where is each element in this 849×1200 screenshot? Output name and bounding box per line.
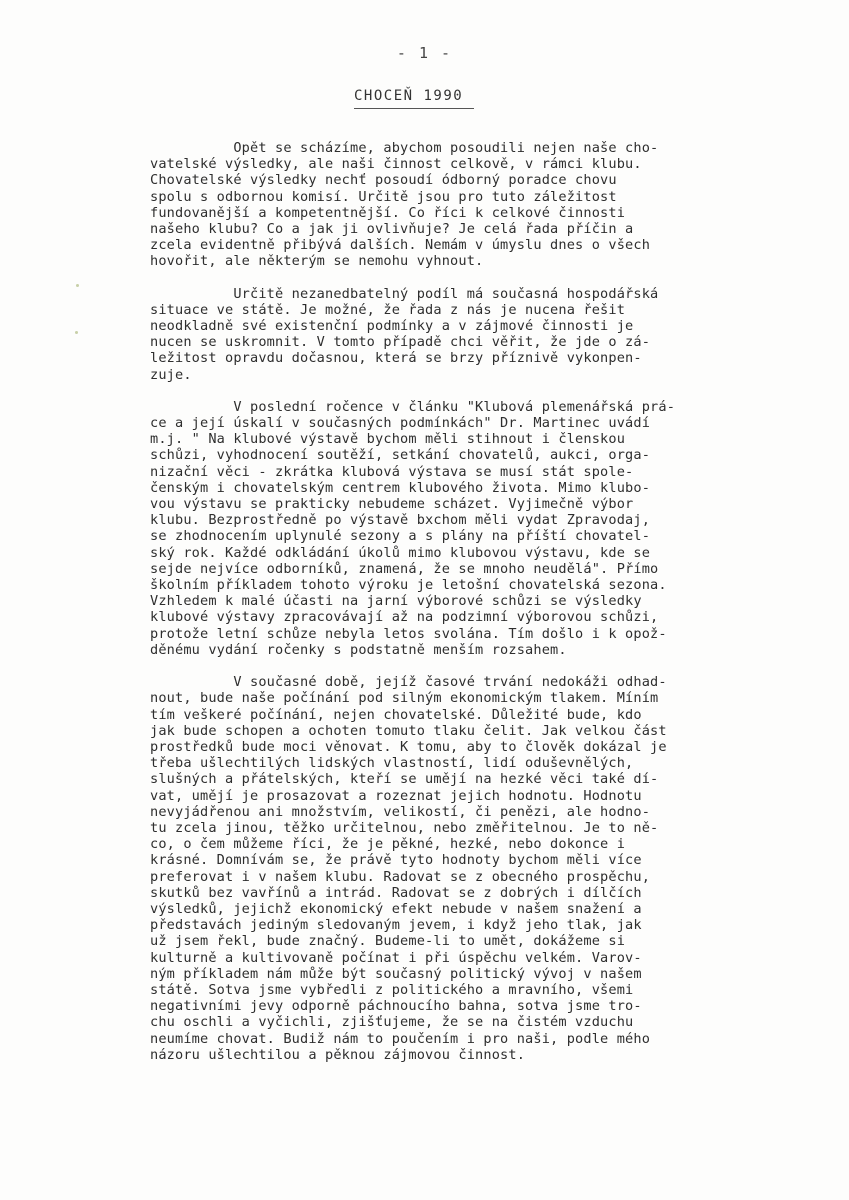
text-line: čenským i chovatelským centrem klubového… xyxy=(150,480,800,496)
text-line: prostředků bude moci věnovat. K tomu, ab… xyxy=(150,739,800,755)
text-line: nucen se uskromnit. V tomto případě chci… xyxy=(150,334,800,350)
text-line: spolu s odbornou komisí. Určitě jsou pro… xyxy=(150,189,800,205)
text-line: negativními jevy odporně páchnoucího bah… xyxy=(150,998,800,1014)
text-line: zuje. xyxy=(150,367,800,383)
text-line: skutků bez vavřínů a intrád. Radovat se … xyxy=(150,885,800,901)
text-line: nevyjádřenou ani množstvím, velikostí, č… xyxy=(150,804,800,820)
paragraph-2: Určitě nezanedbatelný podíl má současná … xyxy=(150,286,800,383)
text-line: jak bude schopen a ochoten tomuto tlaku … xyxy=(150,723,800,739)
text-line: se zhodnocením uplynulé sezony a s plány… xyxy=(150,528,800,544)
margin-speck xyxy=(76,284,79,287)
text-line: státě. Sotva jsme vybředli z politického… xyxy=(150,982,800,998)
text-line: sejde nejvíce odborníků, znamená, že se … xyxy=(150,561,800,577)
text-line: našeho klubu? Co a jak ji ovlivňuje? Je … xyxy=(150,221,800,237)
paragraph-4: V současné době, jejíž časové trvání ned… xyxy=(150,674,800,1063)
text-line: vou výstavu se prakticky nebudeme scháze… xyxy=(150,496,800,512)
margin-speck xyxy=(75,331,78,334)
text-line: klubové výstavy zpracovávají až na podzi… xyxy=(150,609,800,625)
text-line: neumíme chovat. Budiž nám to poučením i … xyxy=(150,1031,800,1047)
paragraph-3: V poslední ročence v článku "Klubová ple… xyxy=(150,399,800,658)
document-body: Opět se scházíme, abychom posoudili neje… xyxy=(150,140,800,1079)
text-line: V současné době, jejíž časové trvání ned… xyxy=(150,674,800,690)
text-line: vat, umějí je prosazovat a rozeznat jeji… xyxy=(150,788,800,804)
document-title: CHOCEŇ 1990 xyxy=(354,88,474,109)
text-line: Vzhledem k malé účasti na jarní výborové… xyxy=(150,593,800,609)
text-line: Určitě nezanedbatelný podíl má současná … xyxy=(150,286,800,302)
text-line: ce a její úskalí v současných podmínkách… xyxy=(150,415,800,431)
text-line: krásné. Domnívám se, že právě tyto hodno… xyxy=(150,852,800,868)
text-line: představách jediným sledovaným jevem, i … xyxy=(150,917,800,933)
text-line: slušných a přátelských, kteří se umějí n… xyxy=(150,771,800,787)
text-line: výsledků, jejichž ekonomický efekt nebud… xyxy=(150,901,800,917)
text-line: školním příkladem tohoto výroku je letoš… xyxy=(150,577,800,593)
text-line: ležitost opravdu dočasnou, která se brzy… xyxy=(150,350,800,366)
text-line: protože letní schůze nebyla letos svolán… xyxy=(150,626,800,642)
text-line: ský rok. Každé odkládání úkolů mimo klub… xyxy=(150,545,800,561)
text-line: klubu. Bezprostředně po výstavě bxchom m… xyxy=(150,512,800,528)
paragraph-1: Opět se scházíme, abychom posoudili neje… xyxy=(150,140,800,270)
text-line: schůzi, vyhodnocení soutěží, setkání cho… xyxy=(150,447,800,463)
text-line: situace ve státě. Je možné, že řada z ná… xyxy=(150,302,800,318)
text-line: tu zcela jinou, těžko určitelnou, nebo z… xyxy=(150,820,800,836)
page-number: - 1 - xyxy=(0,44,849,62)
text-line: vatelské výsledky, ale naši činnost celk… xyxy=(150,156,800,172)
text-line: nizační věci - zkrátka klubová výstava s… xyxy=(150,464,800,480)
text-line: názoru ušlechtilou a pěknou zájmovou čin… xyxy=(150,1047,800,1063)
text-line: Chovatelské výsledky nechť posoudí ódbor… xyxy=(150,172,800,188)
text-line: co, o čem můžeme říci, že je pěkné, hezk… xyxy=(150,836,800,852)
text-line: tím veškeré počínání, nejen chovatelské.… xyxy=(150,707,800,723)
text-line: zcela evidentně přibývá dalších. Nemám v… xyxy=(150,237,800,253)
text-line: chu oschli a vyčichli, zjišťujeme, že se… xyxy=(150,1014,800,1030)
text-line: už jsem řekl, bude značný. Budeme-li to … xyxy=(150,933,800,949)
text-line: neodkladně své existenční podmínky a v z… xyxy=(150,318,800,334)
text-line: nout, bude naše počínání pod silným ekon… xyxy=(150,690,800,706)
text-line: kulturně a kultivovaně počínat i při úsp… xyxy=(150,950,800,966)
text-line: preferovat i v našem klubu. Radovat se z… xyxy=(150,869,800,885)
text-line: děnému vydání ročenky s podstatně menším… xyxy=(150,642,800,658)
text-line: V poslední ročence v článku "Klubová ple… xyxy=(150,399,800,415)
text-line: fundovanější a kompetentnější. Co říci k… xyxy=(150,205,800,221)
text-line: ným příkladem nám může být současný poli… xyxy=(150,966,800,982)
text-line: hovořit, ale některým se nemohu vyhnout. xyxy=(150,253,800,269)
text-line: třeba ušlechtilých lidských vlastností, … xyxy=(150,755,800,771)
text-line: Opět se scházíme, abychom posoudili neje… xyxy=(150,140,800,156)
text-line: m.j. " Na klubové výstavě bychom měli st… xyxy=(150,431,800,447)
